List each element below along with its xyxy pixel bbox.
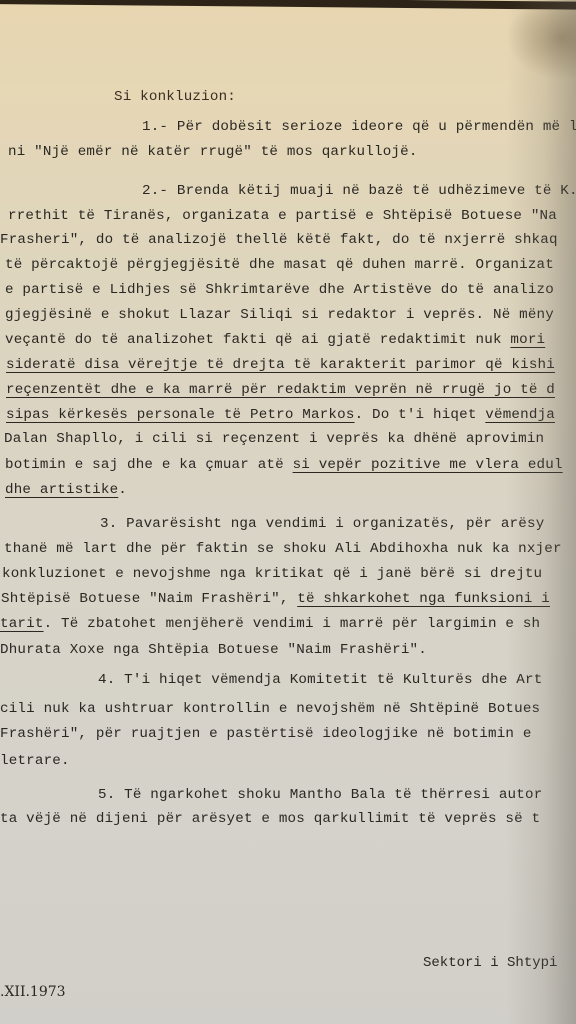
text-segment: 2.- Brenda këtij muaji në bazë të udhëzi… xyxy=(142,183,576,199)
text-segment: 4. T'i hiqet vëmendja Komitetit të Kultu… xyxy=(98,672,542,688)
text-segment: Dhurata Xoxe nga Shtëpia Botuese "Naim F… xyxy=(0,642,427,658)
text-segment: të përcaktojë përgjegjësitë dhe masat që… xyxy=(5,257,554,273)
text-line: botimin e saj dhe e ka çmuar atë si vepë… xyxy=(5,456,563,474)
text-line: ni "Një emër në katër rrugë" të mos qark… xyxy=(8,143,418,161)
text-line: cili nuk ka ushtruar kontrollin e nevojs… xyxy=(0,700,540,718)
text-line: ta vëjë në dijeni për arësyet e mos qark… xyxy=(0,810,540,828)
text-line: 5. Të ngarkohet shoku Mantho Bala të thë… xyxy=(98,786,542,804)
text-line: rrethit të Tiranës, organizata e partisë… xyxy=(8,207,557,225)
text-segment: 3. Pavarësisht nga vendimi i organizatës… xyxy=(100,516,544,532)
text-segment: gjegjësinë e shokut Llazar Siliqi si red… xyxy=(5,307,554,323)
signature-line: Sektori i Shtypi xyxy=(423,955,557,971)
text-segment: letrare. xyxy=(0,753,70,769)
text-line: 3. Pavarësisht nga vendimi i organizatës… xyxy=(100,515,544,533)
text-line: 4. T'i hiqet vëmendja Komitetit të Kultu… xyxy=(98,671,542,689)
text-segment: cili nuk ka ushtruar kontrollin e nevojs… xyxy=(0,701,540,717)
text-line: të përcaktojë përgjegjësitë dhe masat që… xyxy=(5,256,554,274)
text-line: gjegjësinë e shokut Llazar Siliqi si red… xyxy=(5,306,554,324)
text-line: 1.- Për dobësit serioze ideore që u përm… xyxy=(142,118,576,136)
text-line: tarit. Të zbatohet menjëherë vendimi i m… xyxy=(0,615,540,633)
text-line: veçantë do të analizohet fakti që ai gja… xyxy=(5,331,545,349)
shadow xyxy=(506,0,576,1024)
text-segment: Shtëpisë Botuese "Naim Frashëri", xyxy=(1,591,297,607)
page-top-edge xyxy=(0,0,576,10)
text-segment: . Do t'i hiqet xyxy=(355,407,486,423)
text-line: sipas kërkesës personale të Petro Markos… xyxy=(6,406,555,424)
underlined-text: si vepër pozitive me vlera edul xyxy=(293,457,563,473)
underlined-text: sideratë disa vërejtje të drejta të kara… xyxy=(6,357,555,373)
text-line: letrare. xyxy=(0,752,70,770)
text-segment: Frasheri", do të analizojë thellë këtë f… xyxy=(0,232,558,248)
text-segment: ta vëjë në dijeni për arësyet e mos qark… xyxy=(0,811,540,827)
text-line: Frasheri", do të analizojë thellë këtë f… xyxy=(0,231,558,249)
text-line: reçenzentët dhe e ka marrë për redaktim … xyxy=(6,381,555,399)
underlined-text: dhe artistike xyxy=(5,482,118,498)
underlined-text: reçenzentët dhe e ka marrë për redaktim … xyxy=(6,382,555,398)
text-line: konkluzionet e nevojshme nga kritikat që… xyxy=(2,565,542,583)
text-line: thanë më lart dhe për faktin se shoku Al… xyxy=(4,540,562,558)
stain xyxy=(506,10,576,80)
heading: Si konkluzion: xyxy=(114,88,236,106)
text-segment: Frashëri", për ruajtjen e pastërtisë ide… xyxy=(0,726,532,742)
text-line: Shtëpisë Botuese "Naim Frashëri", të shk… xyxy=(1,590,550,608)
text-segment: 1.- Për dobësit serioze ideore që u përm… xyxy=(142,119,576,135)
text-segment: e partisë e Lidhjes së Shkrimtarëve dhe … xyxy=(5,282,554,298)
document-date: .XII.1973 xyxy=(0,984,66,1000)
text-segment: thanë më lart dhe për faktin se shoku Al… xyxy=(4,541,562,557)
text-segment: rrethit të Tiranës, organizata e partisë… xyxy=(8,208,557,224)
text-line: sideratë disa vërejtje të drejta të kara… xyxy=(6,356,555,374)
underlined-text: të shkarkohet nga funksioni i xyxy=(297,591,550,607)
text-segment: veçantë do të analizohet fakti që ai gja… xyxy=(5,332,510,348)
text-line: Dhurata Xoxe nga Shtëpia Botuese "Naim F… xyxy=(0,641,427,659)
text-line: e partisë e Lidhjes së Shkrimtarëve dhe … xyxy=(5,281,554,299)
text-line: Dalan Shapllo, i cili si reçenzent i vep… xyxy=(4,430,544,448)
text-segment: Dalan Shapllo, i cili si reçenzent i vep… xyxy=(4,431,544,447)
underlined-text: tarit xyxy=(0,616,44,632)
text-line: 2.- Brenda këtij muaji në bazë të udhëzi… xyxy=(142,182,576,200)
text-line: dhe artistike. xyxy=(5,481,127,499)
underlined-text: vëmendja xyxy=(485,407,555,423)
text-segment: botimin e saj dhe e ka çmuar atë xyxy=(5,457,293,473)
text-segment: konkluzionet e nevojshme nga kritikat që… xyxy=(2,566,542,582)
underlined-text: sipas kërkesës personale të Petro Markos xyxy=(6,407,355,423)
underlined-text: mori xyxy=(510,332,545,348)
text-segment: ni "Një emër në katër rrugë" të mos qark… xyxy=(8,144,418,160)
text-segment: . xyxy=(118,482,127,498)
text-segment: 5. Të ngarkohet shoku Mantho Bala të thë… xyxy=(98,787,542,803)
text-segment: . Të zbatohet menjëherë vendimi i marrë … xyxy=(44,616,541,632)
text-line: Frashëri", për ruajtjen e pastërtisë ide… xyxy=(0,725,532,743)
